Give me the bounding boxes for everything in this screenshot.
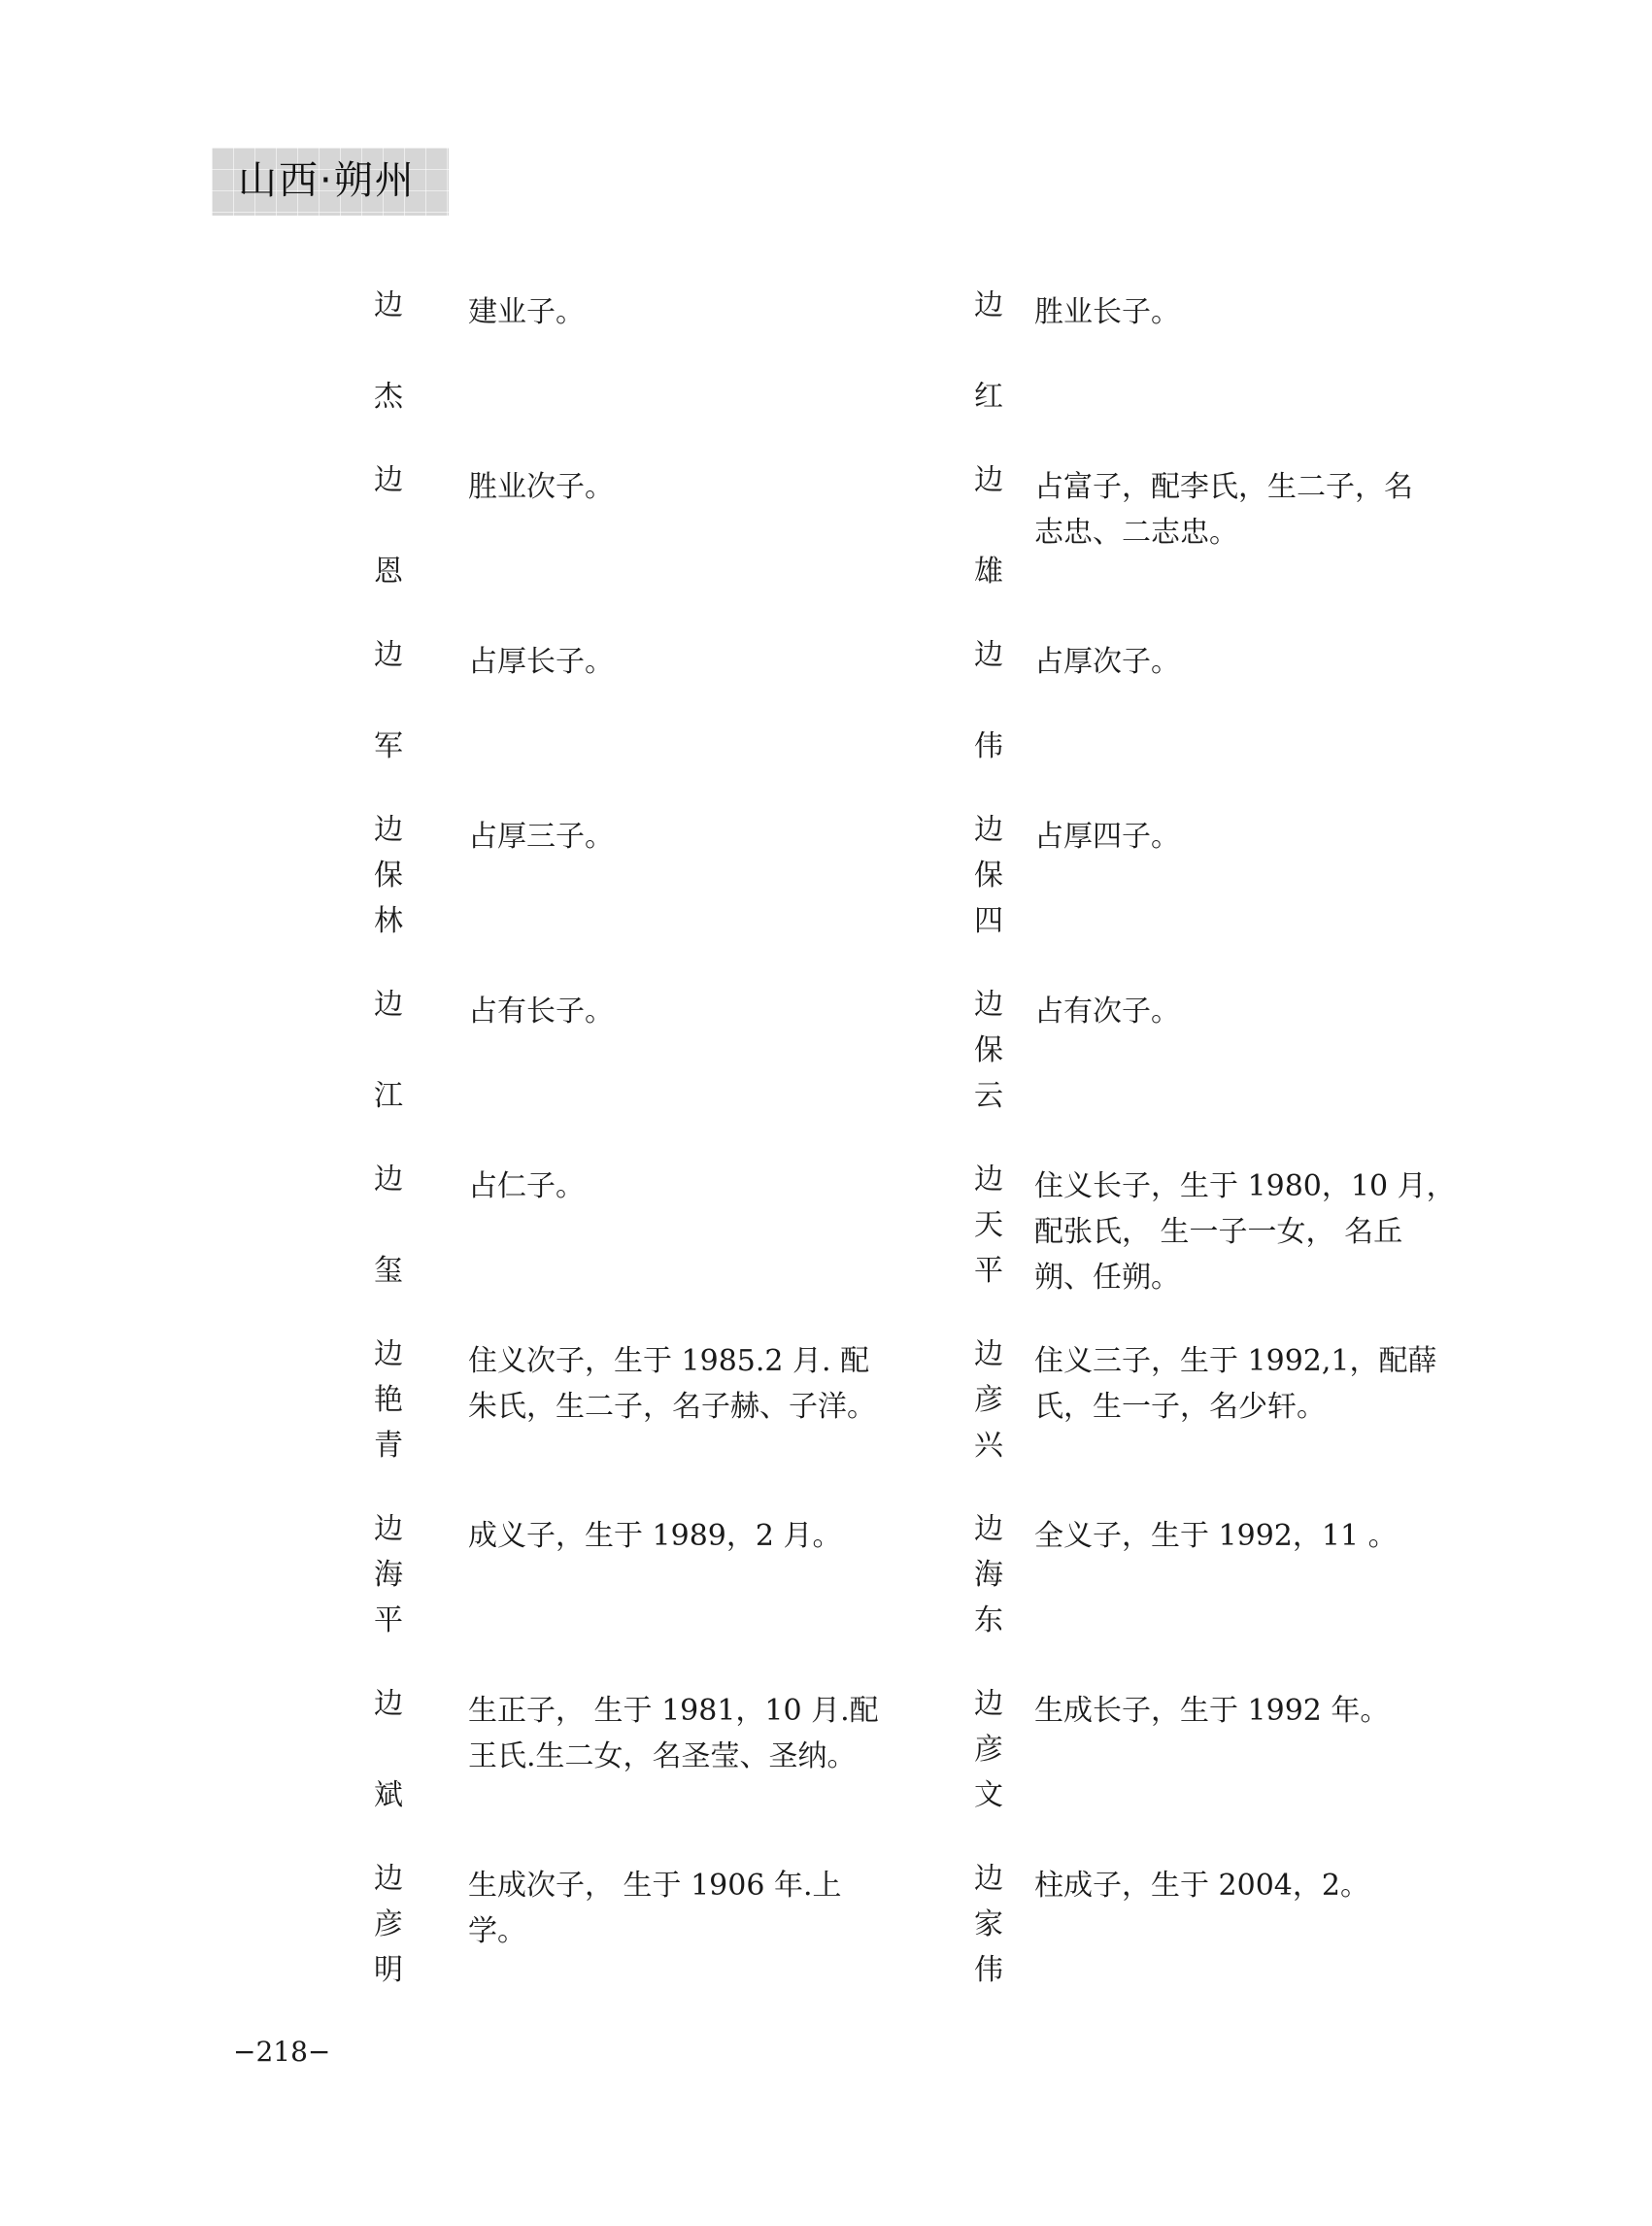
name-character: 东 <box>974 1604 1003 1637</box>
name-character: 彦 <box>974 1384 1003 1417</box>
genealogy-entry: 边江占有长子。 <box>374 989 957 1164</box>
person-name: 边家伟 <box>974 1863 1013 2008</box>
name-character: 彦 <box>974 1734 1003 1767</box>
name-character: 边 <box>374 639 403 672</box>
genealogy-entry: 边玺占仁子。 <box>374 1164 957 1338</box>
name-character: 海 <box>374 1559 403 1592</box>
person-description: 住义长子，生于 1980，10 月， 配张氏， 生一子一女， 名丘 朔、任朔。 <box>1034 1164 1462 1300</box>
person-description: 生成长子，生于 1992 年。 <box>1034 1688 1462 1734</box>
person-description: 生正子， 生于 1981，10 月.配 王氏.生二女，名圣莹、圣纳。 <box>468 1688 895 1779</box>
person-description: 占有次子。 <box>1034 989 1462 1034</box>
person-description: 全义子，生于 1992，11 。 <box>1034 1513 1462 1559</box>
name-character: 保 <box>974 1034 1003 1067</box>
name-character: 江 <box>374 1080 403 1113</box>
person-description: 胜业次子。 <box>468 464 895 510</box>
name-character: 边 <box>974 1688 1003 1721</box>
person-name: 边海东 <box>974 1513 1013 1659</box>
genealogy-entry: 边保云占有次子。 <box>974 989 1557 1164</box>
name-character: 伟 <box>974 730 1003 763</box>
person-description: 占厚长子。 <box>468 639 895 685</box>
person-name: 边海平 <box>374 1513 413 1659</box>
person-name: 边雄 <box>974 464 1013 610</box>
person-name: 边玺 <box>374 1164 413 1309</box>
person-name: 边保林 <box>374 814 413 960</box>
name-character: 边 <box>374 1164 403 1197</box>
genealogy-entry: 边雄占富子，配李氏，生二子，名 志忠、二志忠。 <box>974 464 1557 639</box>
name-character: 艳 <box>374 1384 403 1417</box>
name-character: 保 <box>374 860 403 893</box>
person-name: 边艳青 <box>374 1338 413 1484</box>
name-character: 家 <box>974 1908 1003 1941</box>
name-character: 边 <box>974 1164 1003 1197</box>
genealogy-entry: 边恩胜业次子。 <box>374 464 957 639</box>
name-character: 边 <box>374 1863 403 1896</box>
name-character: 红 <box>974 381 1003 414</box>
name-character: 林 <box>374 905 403 938</box>
name-character: 平 <box>374 1604 403 1637</box>
person-name: 边彦文 <box>974 1688 1013 1834</box>
page-header-title: 山西·朔州 <box>238 153 416 208</box>
genealogy-entry: 边军占厚长子。 <box>374 639 957 814</box>
genealogy-entry: 边海东全义子，生于 1992，11 。 <box>974 1513 1557 1688</box>
genealogy-entry: 边天平住义长子，生于 1980，10 月， 配张氏， 生一子一女， 名丘 朔、任… <box>974 1164 1557 1338</box>
genealogy-entry: 边红胜业长子。 <box>974 289 1557 464</box>
person-name: 边保四 <box>974 814 1013 960</box>
person-name: 边保云 <box>974 989 1013 1134</box>
person-name: 边斌 <box>374 1688 413 1834</box>
person-name: 边彦明 <box>374 1863 413 2008</box>
person-name: 边彦兴 <box>974 1338 1013 1484</box>
person-description: 占有长子。 <box>468 989 895 1034</box>
person-description: 占厚三子。 <box>468 814 895 860</box>
name-character: 边 <box>974 289 1003 322</box>
name-character: 边 <box>974 1338 1003 1371</box>
name-character: 青 <box>374 1430 403 1463</box>
genealogy-entry: 边彦明生成次子， 生于 1906 年.上 学。 <box>374 1863 957 2038</box>
person-name: 边红 <box>974 289 1013 435</box>
name-character: 边 <box>374 464 403 497</box>
name-character: 保 <box>974 860 1003 893</box>
genealogy-entry: 边家伟柱成子，生于 2004，2。 <box>974 1863 1557 2038</box>
name-character: 边 <box>374 989 403 1022</box>
genealogy-entry: 边保林占厚三子。 <box>374 814 957 989</box>
name-character: 边 <box>974 464 1003 497</box>
name-character: 雄 <box>974 556 1003 589</box>
person-name: 边江 <box>374 989 413 1134</box>
name-character: 边 <box>974 1513 1003 1546</box>
name-character: 彦 <box>374 1908 403 1941</box>
person-description: 占厚次子。 <box>1034 639 1462 685</box>
name-character: 边 <box>974 639 1003 672</box>
person-description: 占仁子。 <box>468 1164 895 1209</box>
genealogy-entry: 边彦兴住义三子，生于 1992,1，配薛 氏，生一子，名少轩。 <box>974 1338 1557 1513</box>
name-character: 边 <box>374 1688 403 1721</box>
name-character: 边 <box>374 289 403 322</box>
page-number: −218− <box>233 2036 330 2069</box>
name-character: 平 <box>974 1255 1003 1288</box>
name-character: 恩 <box>374 556 403 589</box>
name-character: 云 <box>974 1080 1003 1113</box>
person-name: 边伟 <box>974 639 1013 785</box>
person-name: 边天平 <box>974 1164 1013 1309</box>
name-character: 伟 <box>974 1954 1003 1987</box>
name-character: 边 <box>374 1513 403 1546</box>
person-description: 占厚四子。 <box>1034 814 1462 860</box>
person-description: 柱成子，生于 2004，2。 <box>1034 1863 1462 1908</box>
person-description: 胜业长子。 <box>1034 289 1462 335</box>
name-character: 玺 <box>374 1255 403 1288</box>
person-description: 住义三子，生于 1992,1，配薛 氏，生一子，名少轩。 <box>1034 1338 1462 1430</box>
name-character: 边 <box>974 989 1003 1022</box>
name-character: 兴 <box>974 1430 1003 1463</box>
name-character: 斌 <box>374 1779 403 1812</box>
genealogy-entry: 边彦文生成长子，生于 1992 年。 <box>974 1688 1557 1863</box>
name-character: 文 <box>974 1779 1003 1812</box>
person-description: 生成次子， 生于 1906 年.上 学。 <box>468 1863 895 1954</box>
name-character: 军 <box>374 730 403 763</box>
person-description: 占富子，配李氏，生二子，名 志忠、二志忠。 <box>1034 464 1462 556</box>
name-character: 天 <box>974 1209 1003 1242</box>
genealogy-entry: 边艳青住义次子，生于 1985.2 月. 配 朱氏，生二子，名子赫、子洋。 <box>374 1338 957 1513</box>
name-character: 明 <box>374 1954 403 1987</box>
name-character: 边 <box>374 1338 403 1371</box>
person-description: 成义子，生于 1989，2 月。 <box>468 1513 895 1559</box>
person-name: 边杰 <box>374 289 413 435</box>
name-character: 边 <box>974 814 1003 847</box>
genealogy-entry: 边海平成义子，生于 1989，2 月。 <box>374 1513 957 1688</box>
person-description: 住义次子，生于 1985.2 月. 配 朱氏，生二子，名子赫、子洋。 <box>468 1338 895 1430</box>
person-description: 建业子。 <box>468 289 895 335</box>
person-name: 边军 <box>374 639 413 785</box>
genealogy-entry: 边斌生正子， 生于 1981，10 月.配 王氏.生二女，名圣莹、圣纳。 <box>374 1688 957 1863</box>
name-character: 杰 <box>374 381 403 414</box>
name-character: 海 <box>974 1559 1003 1592</box>
name-character: 边 <box>374 814 403 847</box>
genealogy-entry: 边伟占厚次子。 <box>974 639 1557 814</box>
genealogy-entry: 边杰建业子。 <box>374 289 957 464</box>
person-name: 边恩 <box>374 464 413 610</box>
name-character: 边 <box>974 1863 1003 1896</box>
genealogy-entry: 边保四占厚四子。 <box>974 814 1557 989</box>
name-character: 四 <box>974 905 1003 938</box>
